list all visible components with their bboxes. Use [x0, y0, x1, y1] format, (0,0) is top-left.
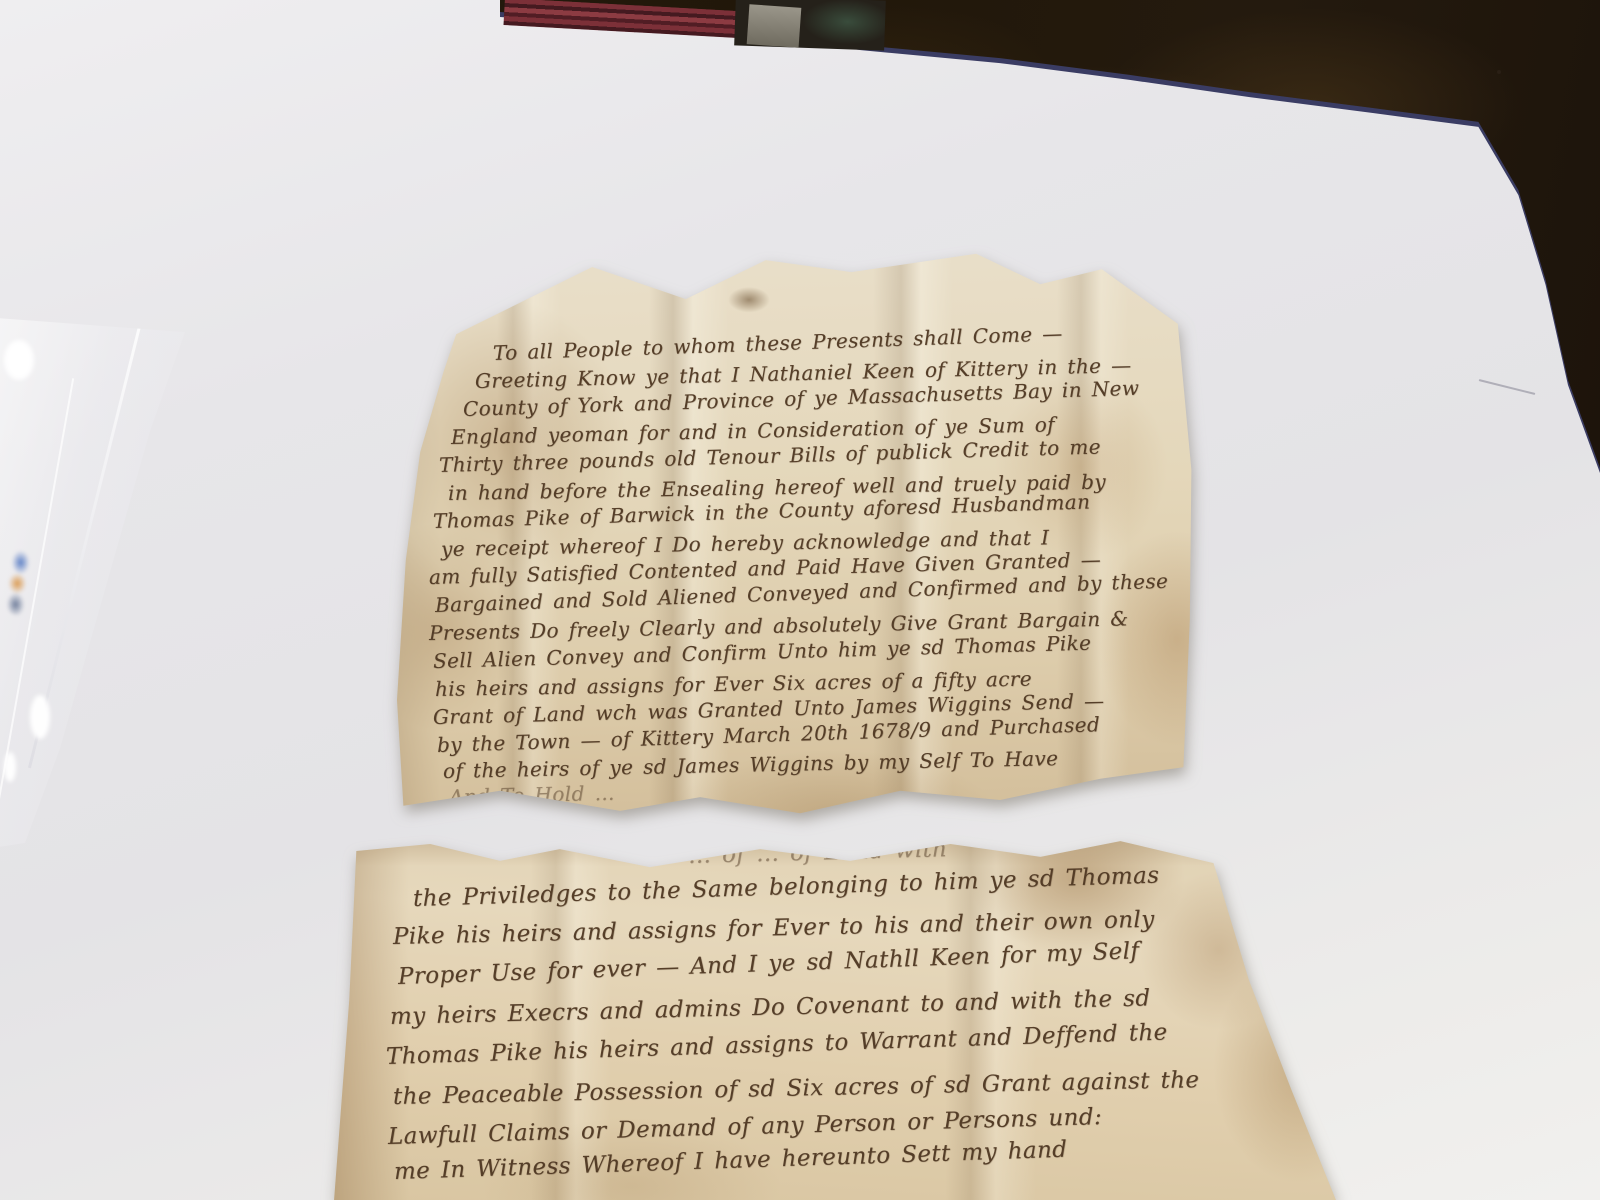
manuscript-line: the Priviledges to the Same belonging to…	[413, 865, 1160, 911]
sleeve-glint	[4, 340, 34, 380]
table-fleck	[1497, 70, 1501, 74]
photo-of-manuscripts: To all People to whom these Presents sha…	[0, 0, 1600, 1200]
sleeve-glint	[4, 752, 16, 782]
manuscript-line: Thomas Pike his heirs and assigns to War…	[386, 1021, 1168, 1069]
manuscript-line: the Peaceable Possession of sd Six acres…	[393, 1069, 1200, 1109]
sleeve-colored-glint	[2, 545, 36, 615]
lower-manuscript-paper: … of … of Land with the Priviledges to t…	[328, 833, 1340, 1200]
table-scratch-mark	[1479, 379, 1536, 395]
grey-clutter-object	[747, 4, 802, 48]
manuscript-line-partial: … of … of Land with	[688, 838, 948, 868]
manuscript-line-partial: And To Hold …	[449, 783, 615, 807]
upper-manuscript-page: To all People to whom these Presents sha…	[393, 248, 1193, 823]
lower-manuscript-page: … of … of Land with the Priviledges to t…	[328, 833, 1340, 1200]
manuscript-line: Proper Use for ever — And I ye sd Nathll…	[398, 940, 1140, 989]
sleeve-glint	[30, 695, 50, 739]
upper-manuscript-paper: To all People to whom these Presents sha…	[393, 248, 1193, 823]
